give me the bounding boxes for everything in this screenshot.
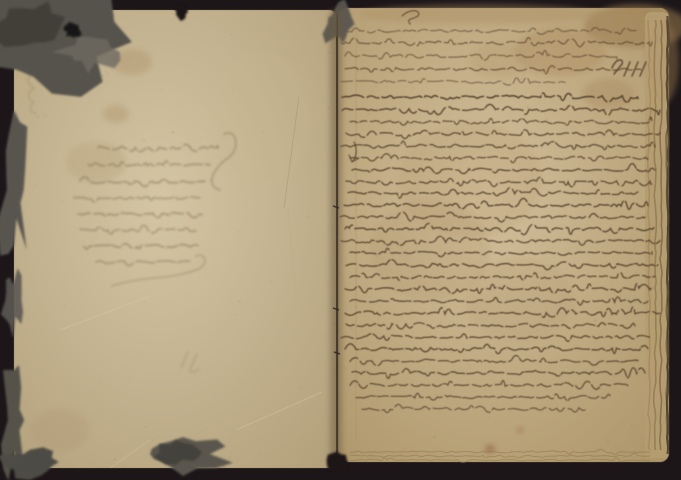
manuscript-photo (0, 0, 681, 480)
right-page (338, 4, 681, 462)
left-page (0, 0, 355, 480)
scene-canvas (0, 0, 681, 480)
